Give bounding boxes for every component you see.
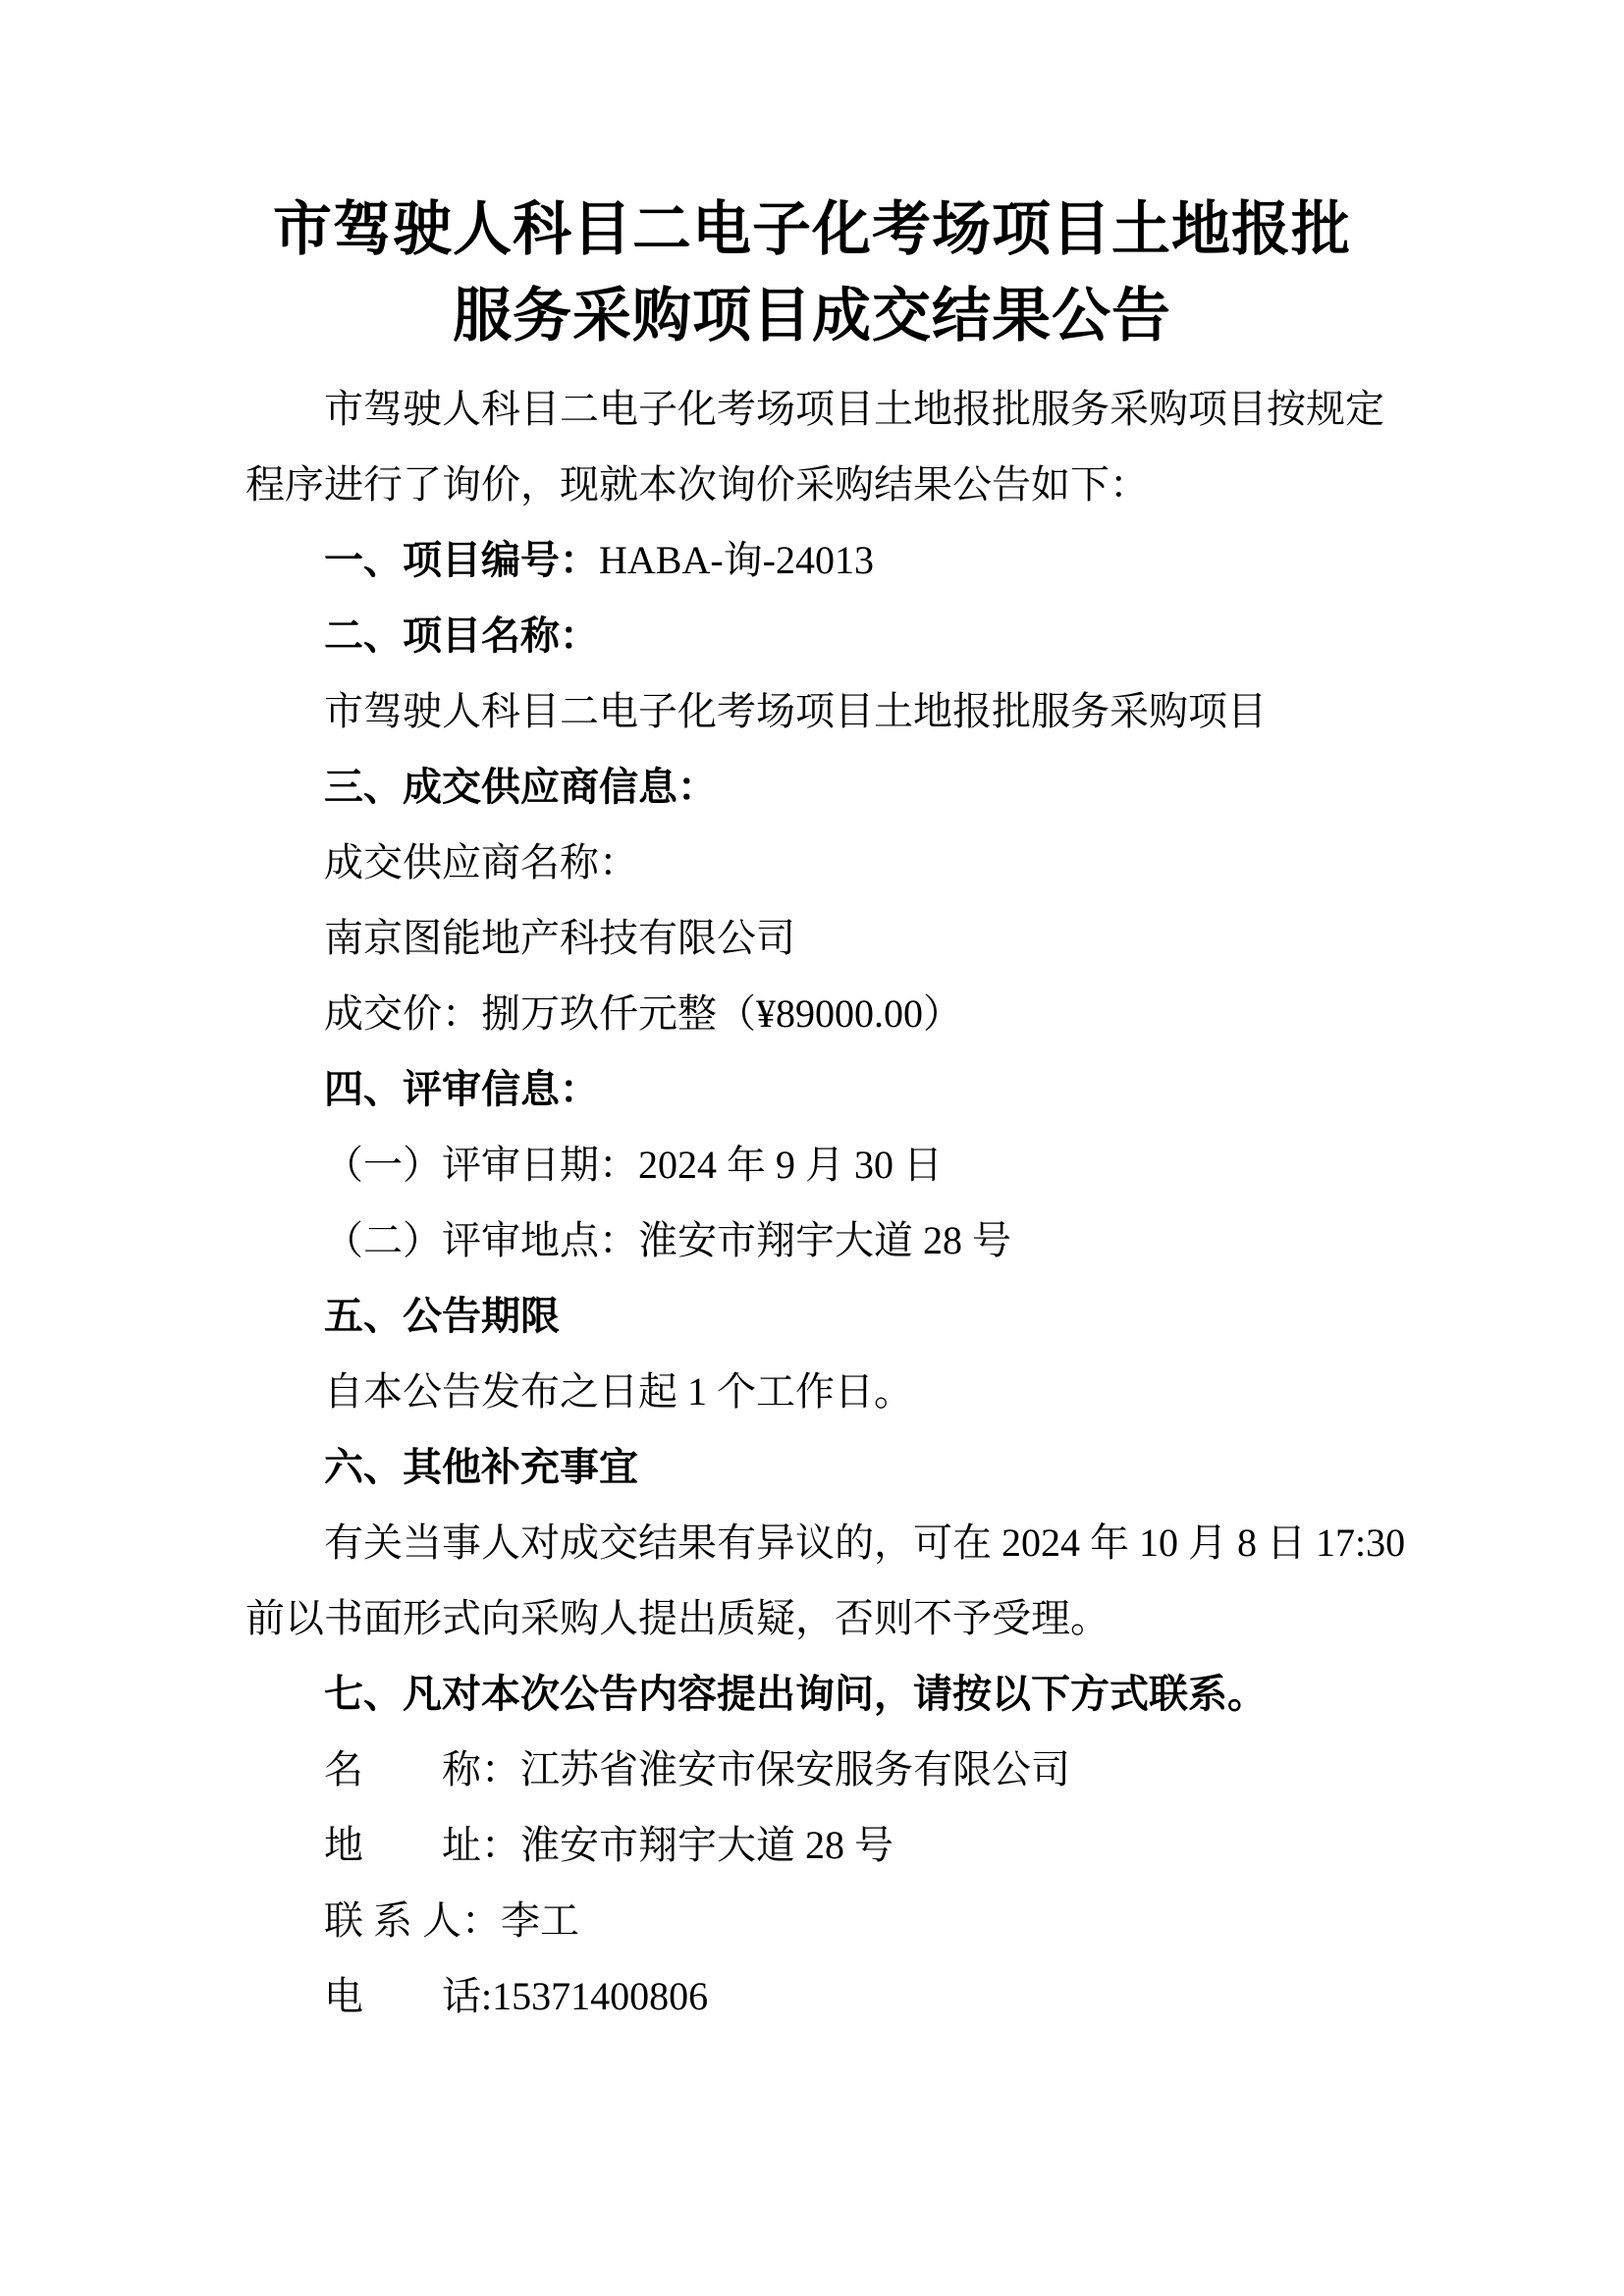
section-7-contact-person: 联 系 人：李工 xyxy=(245,1883,1467,1958)
section-1-project-number: 一、项目编号：HABA-询-24013 xyxy=(245,522,1467,598)
section-2-heading: 二、项目名称： xyxy=(245,598,1467,673)
section-1-value: HABA-询-24013 xyxy=(599,538,874,582)
section-1-label: 一、项目编号： xyxy=(324,538,599,582)
section-4-review-date: （一）评审日期：2024 年 9 月 30 日 xyxy=(245,1127,1467,1202)
section-7-contact-name: 名 称：江苏省淮安市保安服务有限公司 xyxy=(245,1732,1467,1807)
section-7-heading: 七、凡对本次公告内容提出询问，请按以下方式联系。 xyxy=(245,1656,1467,1732)
document-title-line-1: 市驾驶人科目二电子化考场项目土地报批 xyxy=(0,187,1624,273)
document-body: 市驾驶人科目二电子化考场项目土地报批服务采购项目按规定 程序进行了询价，现就本次… xyxy=(245,371,1467,2034)
section-2-project-name: 市驾驶人科目二电子化考场项目土地报批服务采购项目 xyxy=(245,673,1467,749)
section-5-content: 自本公告发布之日起 1 个工作日。 xyxy=(245,1354,1467,1429)
section-5-heading: 五、公告期限 xyxy=(245,1278,1467,1354)
intro-line-2: 程序进行了询价，现就本次询价采购结果公告如下： xyxy=(245,447,1467,522)
section-3-price-line: 成交价：捌万玖仟元整（¥89000.00） xyxy=(245,976,1467,1051)
section-4-review-place: （二）评审地点：淮安市翔宇大道 28 号 xyxy=(245,1202,1467,1278)
document-page: 市驾驶人科目二电子化考场项目土地报批 服务采购项目成交结果公告 市驾驶人科目二电… xyxy=(0,0,1624,2296)
section-4-heading: 四、评审信息： xyxy=(245,1051,1467,1127)
section-6-content-line-2: 前以书面形式向采购人提出质疑，否则不予受理。 xyxy=(245,1580,1467,1656)
document-title: 市驾驶人科目二电子化考场项目土地报批 服务采购项目成交结果公告 xyxy=(0,0,1624,359)
section-3-supplier-name: 南京图能地产科技有限公司 xyxy=(245,900,1467,976)
intro-line-1: 市驾驶人科目二电子化考场项目土地报批服务采购项目按规定 xyxy=(245,371,1467,447)
section-3-heading: 三、成交供应商信息： xyxy=(245,749,1467,825)
section-6-content-line-1: 有关当事人对成交结果有异议的，可在 2024 年 10 月 8 日 17:30 xyxy=(245,1505,1467,1580)
section-7-contact-phone: 电 话:15371400806 xyxy=(245,1958,1467,2034)
document-title-line-2: 服务采购项目成交结果公告 xyxy=(0,273,1624,359)
section-7-contact-address: 地 址：淮安市翔宇大道 28 号 xyxy=(245,1807,1467,1883)
section-6-heading: 六、其他补充事宜 xyxy=(245,1429,1467,1505)
section-3-supplier-label: 成交供应商名称： xyxy=(245,825,1467,900)
